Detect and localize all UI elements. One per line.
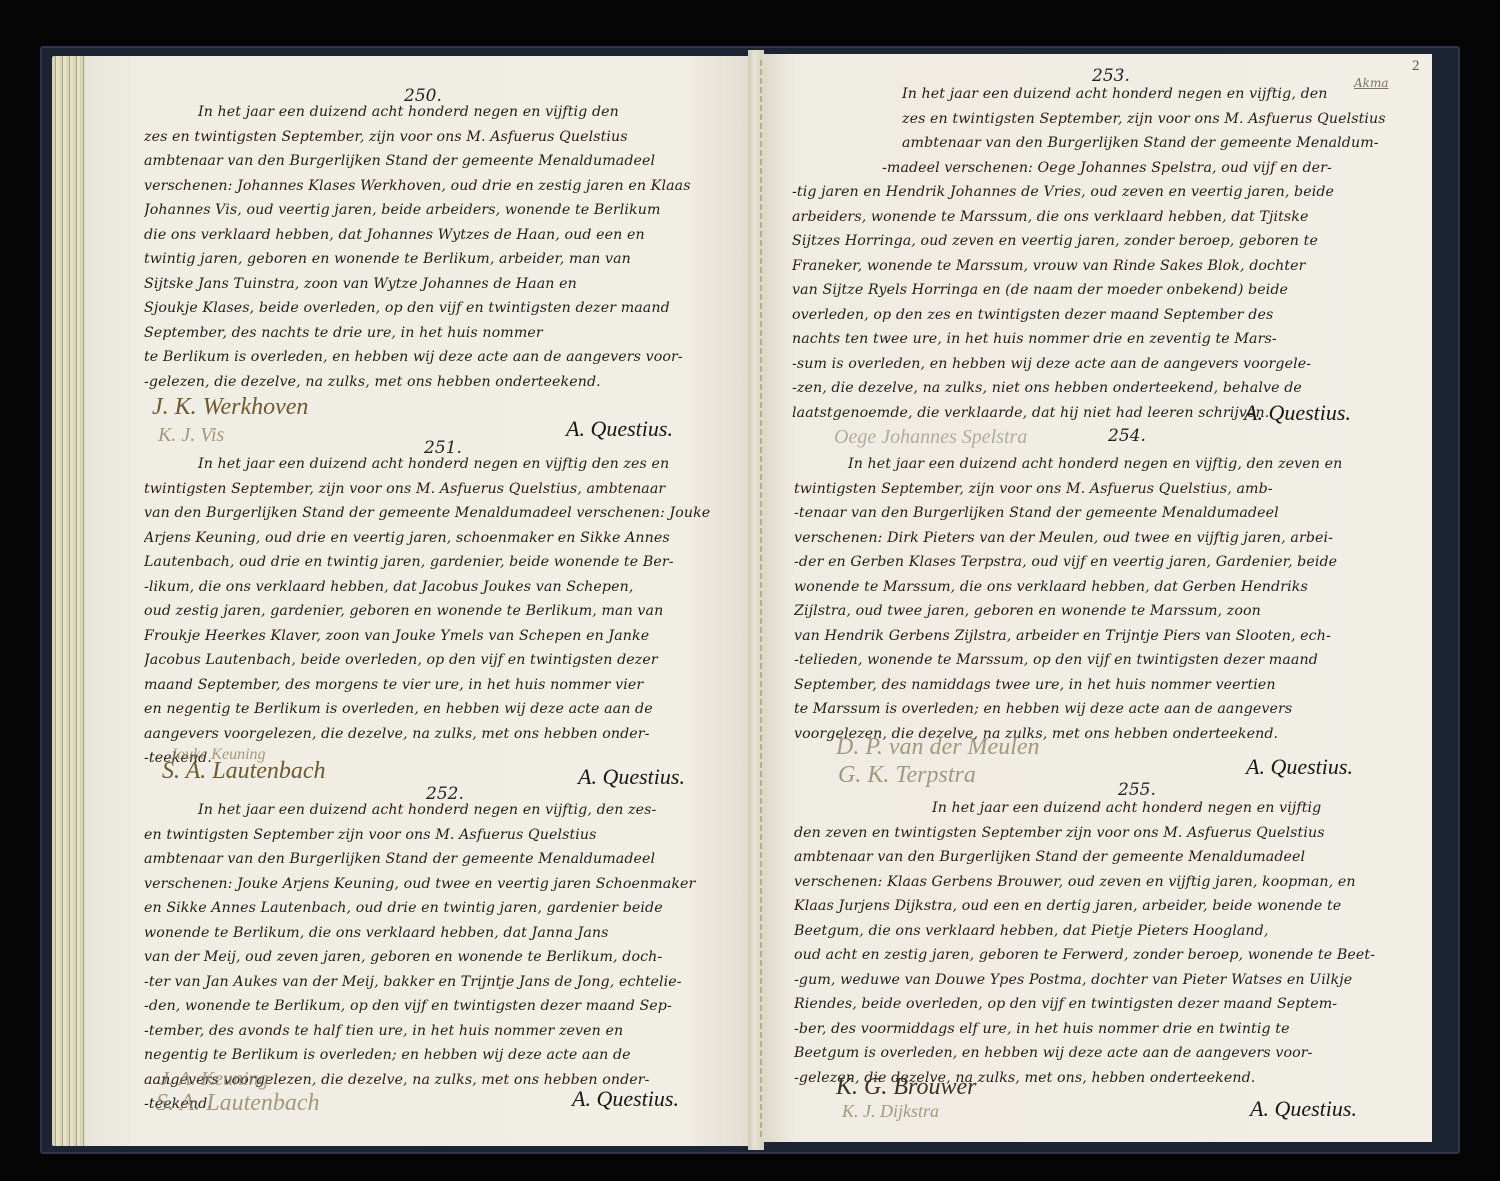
entry-251-text: In het jaar een duizend acht honderd neg… [144, 452, 744, 771]
declarant-signature: J. A. Keuning [160, 1066, 269, 1092]
entry-253-text: In het jaar een duizend acht honderd neg… [792, 82, 1412, 425]
folio-number: 2 [1412, 58, 1420, 75]
official-signature: A. Questius. [1250, 1096, 1357, 1122]
declarant-signature: K. G. Brouwer [836, 1074, 976, 1100]
official-signature: A. Questius. [1244, 400, 1351, 426]
right-page: 2 Akma 253. In het jaar een duizend acht… [762, 54, 1432, 1142]
left-page: 250. In het jaar een duizend acht honder… [86, 56, 750, 1146]
entry-number: 254. [1108, 426, 1146, 446]
declarant-signature: K. J. Vis [158, 422, 224, 448]
page-edges [52, 56, 88, 1146]
declarant-signature: K. J. Dijkstra [842, 1098, 939, 1124]
declarant-signature: D. P. van der Meulen [836, 734, 1040, 760]
official-signature: A. Questius. [572, 1086, 679, 1112]
declarant-signature: G. K. Terpstra [838, 762, 976, 788]
official-signature: A. Questius. [566, 416, 673, 442]
declarant-signature: S. A. Lautenbach [162, 758, 326, 784]
declarant-signature: J. K. Werkhoven [152, 394, 308, 420]
entry-255-text: In het jaar een duizend acht honderd neg… [794, 796, 1414, 1090]
entry-250-text: In het jaar een duizend acht honderd neg… [144, 100, 734, 394]
declarant-signature: S. A. Lautenbach [156, 1090, 320, 1116]
declarant-signature: Oege Johannes Spelstra [834, 424, 1027, 450]
official-signature: A. Questius. [578, 764, 685, 790]
official-signature: A. Questius. [1246, 754, 1353, 780]
entry-254-text: In het jaar een duizend acht honderd neg… [794, 452, 1414, 746]
